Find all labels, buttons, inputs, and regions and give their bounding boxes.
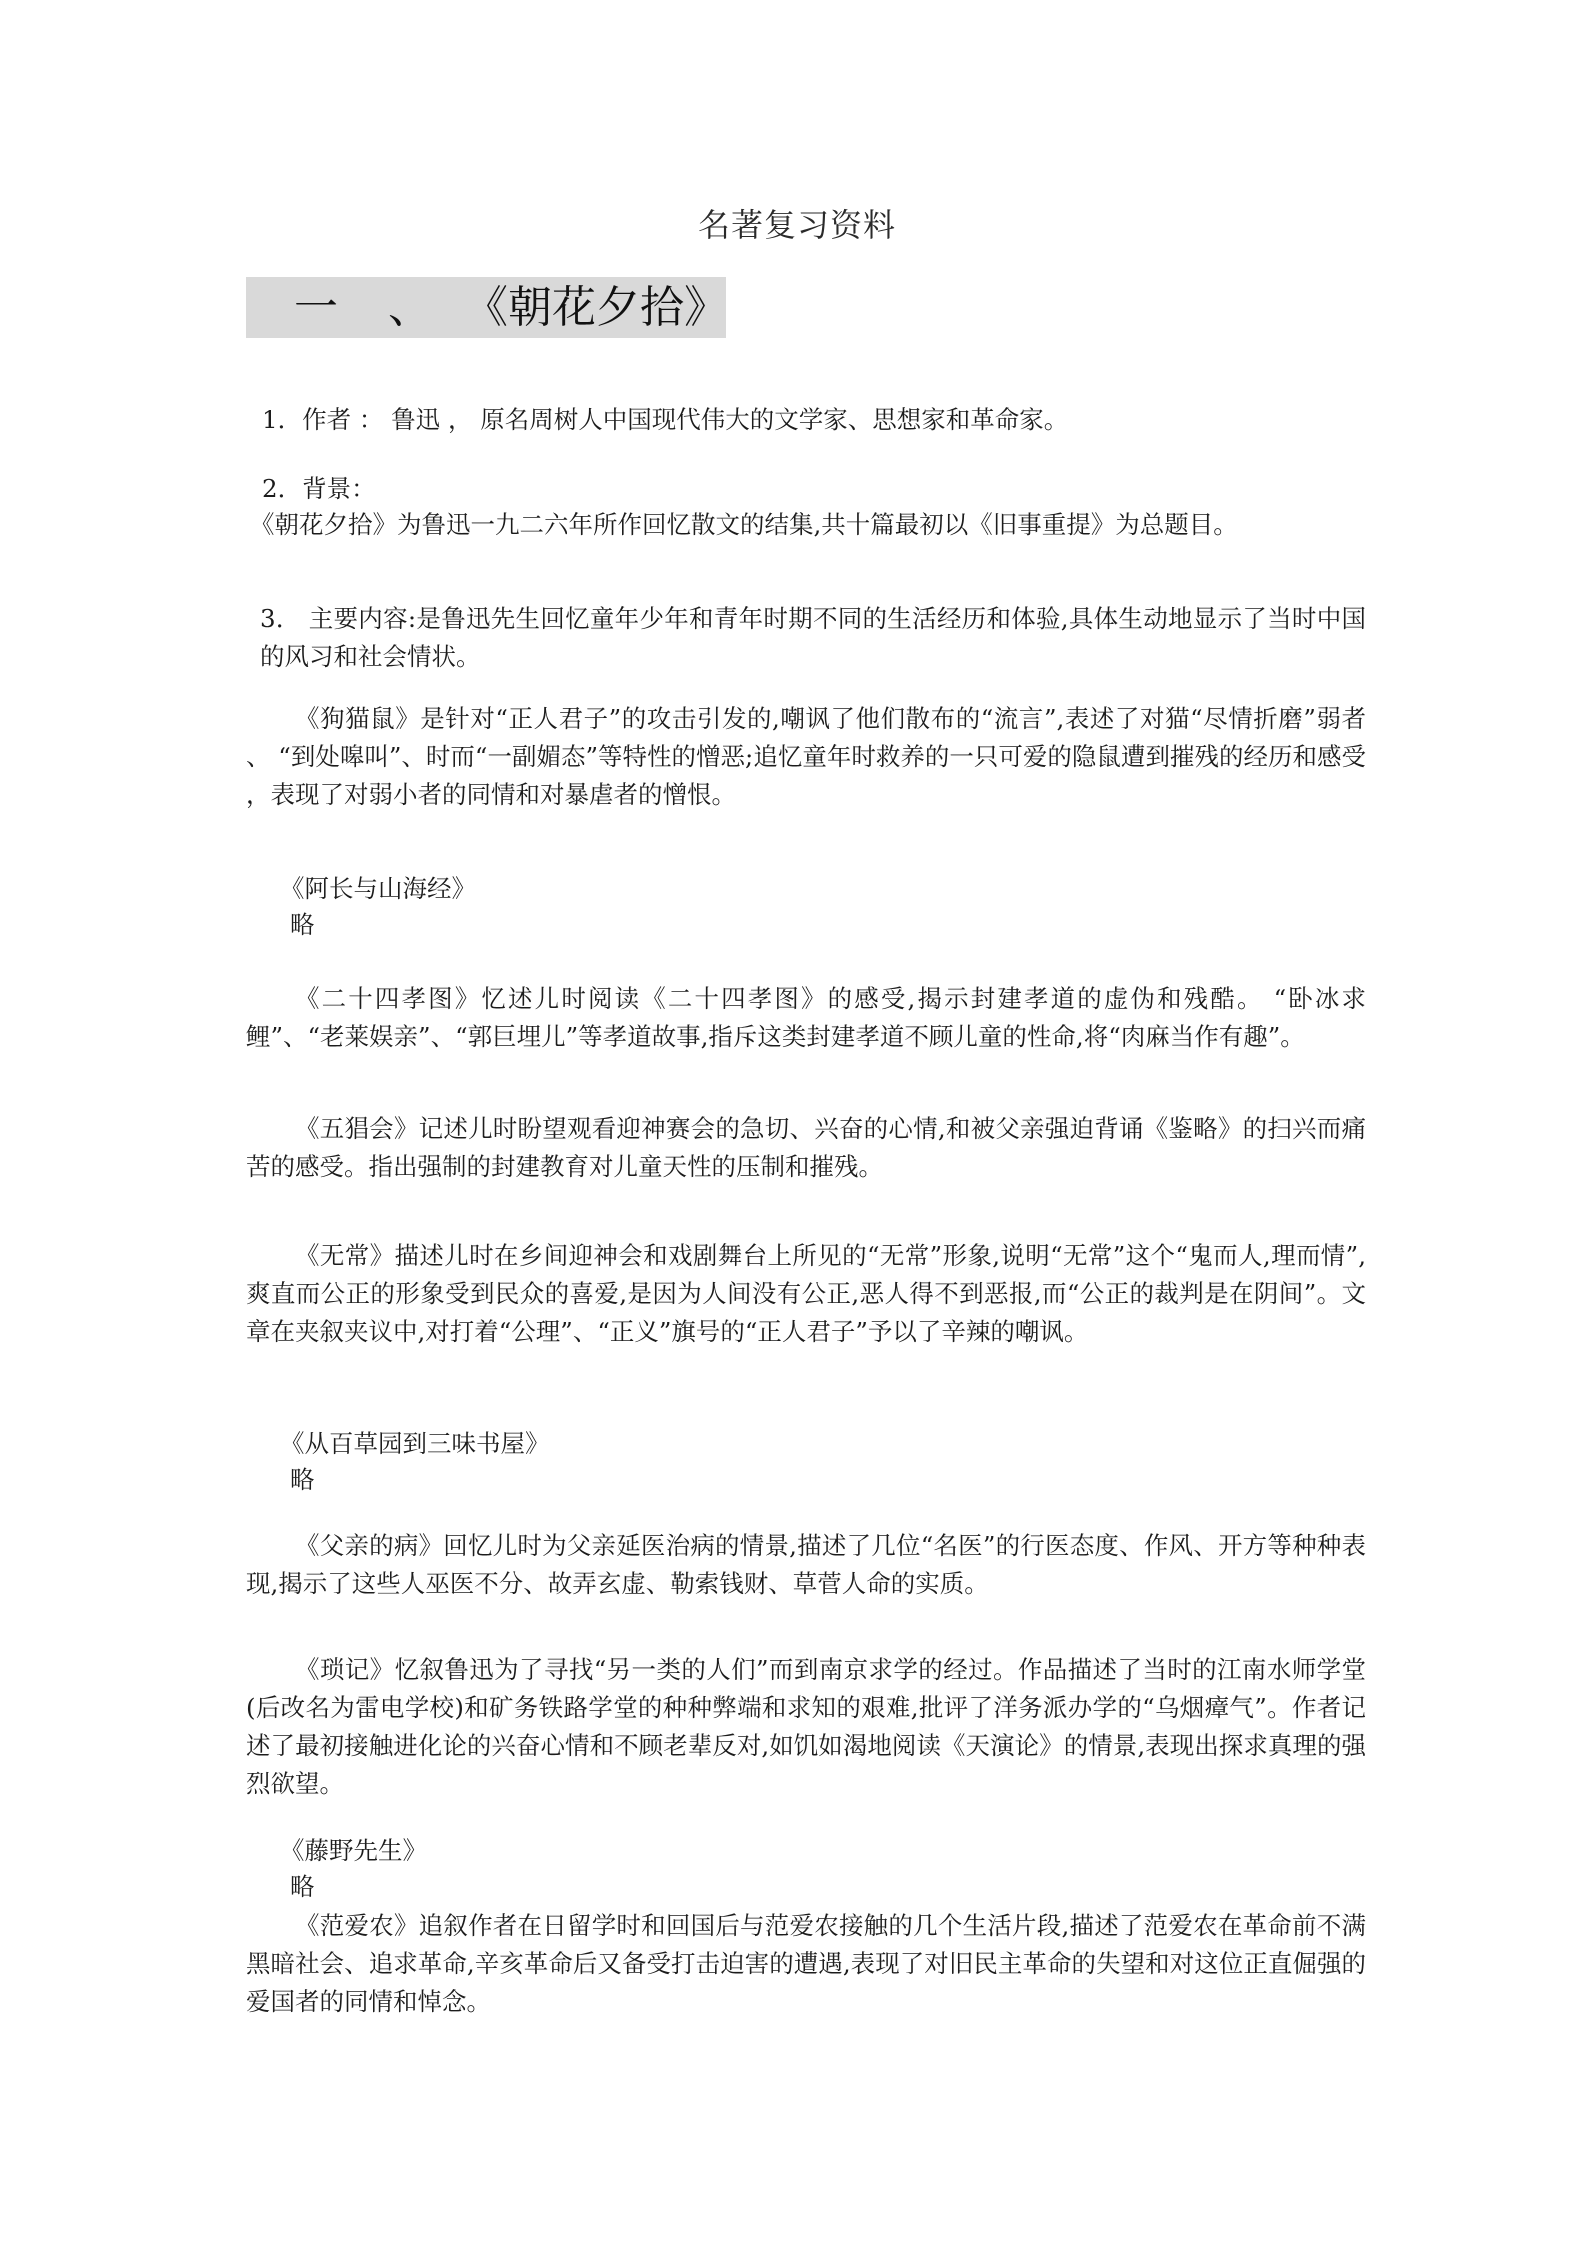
section-heading: 一 、 《朝花夕拾》 (246, 277, 726, 338)
section-title: 《朝花夕拾》 (464, 282, 728, 333)
section-number: 一 、 (294, 282, 450, 333)
essay-fu-qin-de-bing: 《父亲的病》回忆儿时为父亲延医治病的情景,描述了几位“名医”的行医态度、作风、开… (246, 1527, 1366, 1603)
essay-suo-ji: 《琐记》忆叙鲁迅为了寻找“另一类的人们”而到南京求学的经过。作品描述了当时的江南… (246, 1651, 1366, 1803)
document-page: 名著复习资料 一 、 《朝花夕拾》 1．作者 ： 鲁迅 ， 原名周树人中国现代伟… (0, 0, 1594, 2252)
essay-wu-chang-hui: 《五猖会》记述儿时盼望观看迎神赛会的急切、兴奋的心情,和被父亲强迫背诵《鉴略》的… (246, 1110, 1366, 1186)
essay-teng-ye-summary: 略 (290, 1870, 315, 1904)
essay-fan-ai-nong: 《范爱农》追叙作者在日留学时和回国后与范爱农接触的几个生活片段,描述了范爱农在革… (246, 1907, 1366, 2021)
essay-a-chang-summary: 略 (290, 908, 315, 942)
item-background-text: 《朝花夕拾》为鲁迅一九二六年所作回忆散文的结集,共十篇最初以《旧事重提》为总题目… (250, 508, 1238, 542)
item-background-label: 2．背景： (262, 472, 376, 506)
essay-gou-mao-shu: 《狗猫鼠》是针对“正人君子”的攻击引发的,嘲讽了他们散布的“流言”,表述了对猫“… (246, 700, 1366, 814)
essay-title-teng-ye: 《藤野先生》 (280, 1834, 427, 1868)
essay-er-shi-si-xiao-tu: 《二十四孝图》忆述儿时阅读《二十四孝图》的感受,揭示封建孝道的虚伪和残酷。 “卧… (246, 980, 1366, 1056)
document-title: 名著复习资料 (0, 200, 1594, 246)
essay-title-a-chang: 《阿长与山海经》 (280, 872, 476, 906)
essay-title-bai-cao-yuan: 《从百草园到三味书屋》 (280, 1427, 550, 1461)
essay-wu-chang: 《无常》描述儿时在乡间迎神会和戏剧舞台上所见的“无常”形象,说明“无常”这个“鬼… (246, 1237, 1366, 1351)
item-author: 1．作者 ： 鲁迅 ， 原名周树人中国现代伟大的文学家、思想家和革命家。 (262, 403, 1068, 437)
item-main-content: 3． 主要内容:是鲁迅先生回忆童年少年和青年时期不同的生活经历和体验,具体生动地… (246, 600, 1366, 676)
essay-bai-cao-yuan-summary: 略 (290, 1463, 315, 1497)
